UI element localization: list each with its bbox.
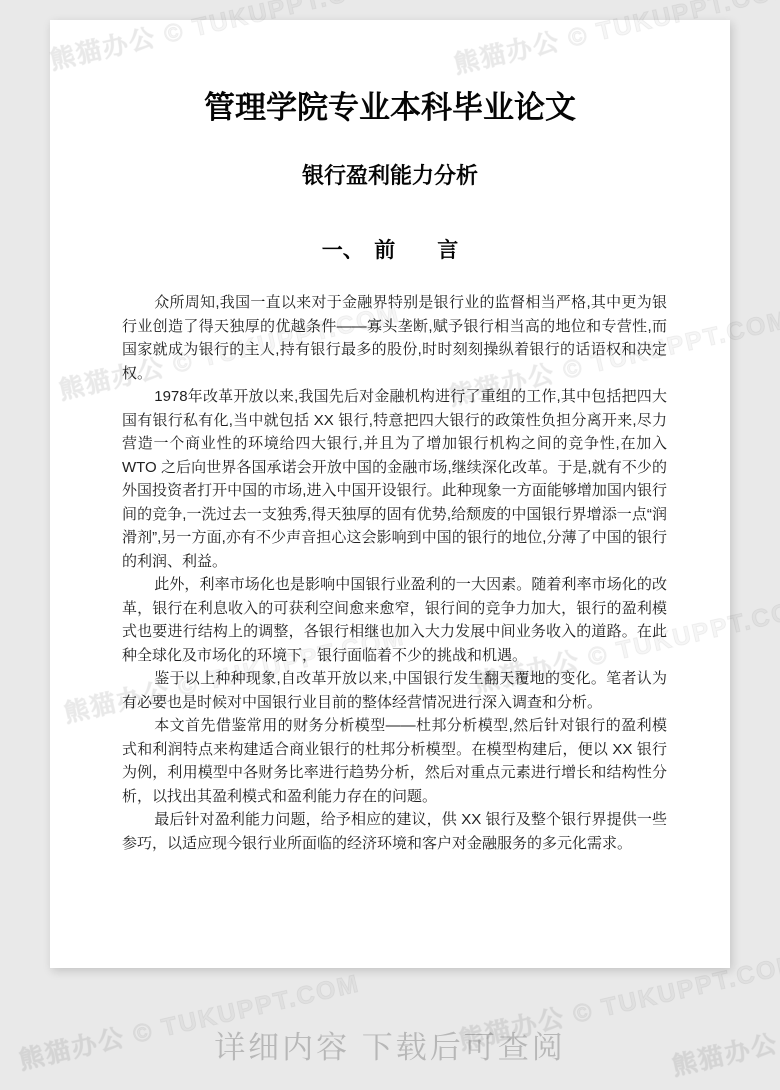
- paragraph: 本文首先借鉴常用的财务分析模型——杜邦分析模型,然后针对银行的盈利模式和利润特点…: [122, 714, 667, 808]
- paragraph: 1978年改革开放以来,我国先后对金融机构进行了重组的工作,其中包括把四大国有银…: [122, 385, 667, 573]
- download-caption: 详细内容 下载后可查阅: [0, 1022, 780, 1067]
- document-subtitle: 银行盈利能力分析: [50, 159, 730, 190]
- document-title: 管理学院专业本科毕业论文: [50, 82, 730, 127]
- document-body: 众所周知,我国一直以来对于金融界特别是银行业的监督相当严格,其中更为银行业创造了…: [122, 291, 667, 855]
- section-heading: 一、 前 言: [50, 234, 730, 264]
- paragraph: 此外，利率市场化也是影响中国银行业盈利的一大因素。随着利率市场化的改革，银行在利…: [122, 573, 667, 667]
- document-page: 管理学院专业本科毕业论文 银行盈利能力分析 一、 前 言 众所周知,我国一直以来…: [50, 20, 730, 968]
- paragraph: 鉴于以上种种现象,自改革开放以来,中国银行发生翻天覆地的变化。笔者认为有必要也是…: [122, 667, 667, 714]
- paragraph: 众所周知,我国一直以来对于金融界特别是银行业的监督相当严格,其中更为银行业创造了…: [122, 291, 667, 385]
- paragraph: 最后针对盈利能力问题，给予相应的建议，供 XX 银行及整个银行界提供一些参巧，以…: [122, 808, 667, 855]
- watermark-text: 熊猫办公 © TUKUPPT.COM: [545, 0, 780, 5]
